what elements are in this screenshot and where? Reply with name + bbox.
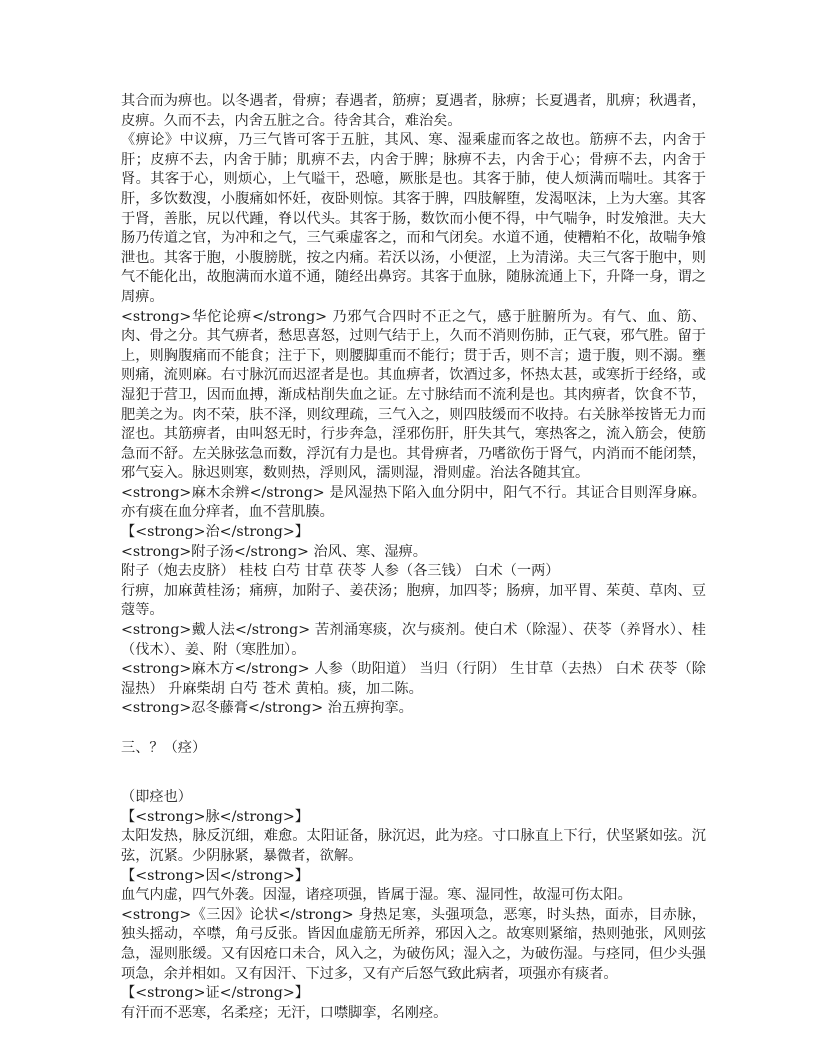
heading-zheng: 【<strong>证</strong>】 — [121, 984, 706, 1004]
paragraph-huatuo: <strong>华佗论痹</strong> 乃邪气合四时不正之气，感于脏腑所为。… — [121, 308, 706, 484]
document-page: 其合而为痹也。以冬遇者，骨痹；春遇者，筋痹；夏遇者，脉痹；长夏遇者，肌痹；秋遇者… — [121, 92, 706, 1023]
paragraph-rendongteng-gao: <strong>忍冬藤膏</strong> 治五痹拘挛。 — [121, 699, 706, 719]
paragraph-mamu-fang: <strong>麻木方</strong> 人参（助阳道） 当归（行阴） 生甘草（… — [121, 660, 706, 699]
paragraph-fuzi-tang: <strong>附子汤</strong> 治风、寒、湿痹。 — [121, 543, 706, 563]
paragraph-yin: 血气内虚，四气外袭。因湿，诸痉项强，皆属于湿。寒、湿同性，故湿可伤太阳。 — [121, 886, 706, 906]
paragraph-mai: 太阳发热，脉反沉细，难愈。太阳证备，脉沉迟，此为痉。寸口脉直上下行，伏坚紧如弦。… — [121, 827, 706, 866]
paragraph-fuzi-ingredients: 附子（炮去皮脐） 桂枝 白芍 甘草 茯苓 人参（各三钱） 白术（一两） — [121, 562, 706, 582]
heading-yin: 【<strong>因</strong>】 — [121, 867, 706, 887]
paragraph-dairen-fa: <strong>戴人法</strong> 苦剂涌寒痰，次与痰剂。使白术（除湿）、… — [121, 621, 706, 660]
heading-mai: 【<strong>脉</strong>】 — [121, 808, 706, 828]
spacer — [121, 758, 706, 788]
section-heading: 三、？（痉） — [121, 739, 706, 759]
spacer — [121, 719, 706, 739]
paragraph-mamu-yubian: <strong>麻木余辨</strong> 是风湿热下陷入血分阴中，阳气不行。其… — [121, 484, 706, 523]
paragraph-jijing: （即痉也） — [121, 788, 706, 808]
paragraph-seasonal-bi: 其合而为痹也。以冬遇者，骨痹；春遇者，筋痹；夏遇者，脉痹；长夏遇者，肌痹；秋遇者… — [121, 92, 706, 131]
paragraph-zheng: 有汗而不恶寒，名柔痉；无汗，口噤脚挛，名刚痉。 — [121, 1004, 706, 1024]
paragraph-sanyin-lunzhuang: <strong>《三因》论状</strong> 身热足寒，头强项急，恶寒，时头热… — [121, 906, 706, 984]
paragraph-modifications: 行痹，加麻黄桂汤；痛痹，加附子、姜茯汤；胞痹，加四苓；肠痹，加平胃、茱萸、草肉、… — [121, 582, 706, 621]
paragraph-bilun: 《痹论》中议痹，乃三气皆可客于五脏，其风、寒、湿乘虚而客之故也。筋痹不去，内舍于… — [121, 131, 706, 307]
heading-zhi: 【<strong>治</strong>】 — [121, 523, 706, 543]
